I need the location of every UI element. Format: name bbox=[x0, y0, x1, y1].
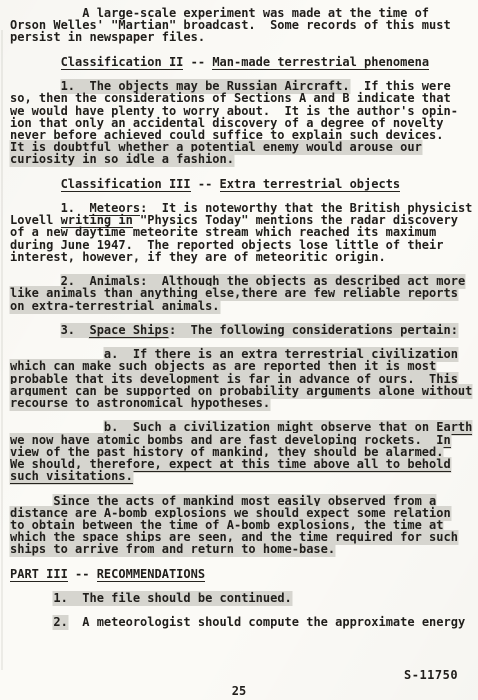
underlined-text: Man-made terrestrial phenomena bbox=[212, 55, 429, 70]
text-segment: interest, however, if they are of meteor… bbox=[10, 250, 386, 264]
text-line: ships to arrive from and return to home-… bbox=[10, 543, 476, 555]
underlined-text: Classification II bbox=[61, 55, 184, 70]
text-line: on extra-terrestrial animals. bbox=[10, 300, 476, 312]
text-line: curiosity in so idle a fashion. bbox=[10, 153, 476, 165]
highlighted-underlined-text: such visitations. bbox=[10, 469, 133, 484]
highlighted-text: 1. The file should be continued. bbox=[53, 591, 291, 605]
highlighted-text: 2. bbox=[53, 615, 67, 629]
underlined-text: Extra terrestrial objects bbox=[220, 177, 401, 192]
text-line: which can make such objects as are repor… bbox=[10, 360, 476, 372]
scanned-document-page: A large-scale experiment was made at the… bbox=[0, 0, 478, 700]
highlighted-text: recourse to astronomical hypotheses. bbox=[10, 396, 270, 410]
highlighted-underlined-text: Space Ships bbox=[89, 323, 168, 338]
text-segment: -- bbox=[183, 55, 212, 69]
text-line: like animals than anything else,there ar… bbox=[10, 287, 476, 299]
text-line: 1. The file should be continued. bbox=[10, 592, 476, 604]
heading-line: Classification II -- Man-made terrestria… bbox=[10, 56, 476, 68]
text-line: Since the acts of mankind most easily ob… bbox=[10, 495, 476, 507]
blank-line bbox=[10, 482, 476, 494]
text-segment: -- bbox=[68, 567, 97, 581]
text-line: 2. A meteorologist should compute the ap… bbox=[10, 616, 476, 628]
highlighted-text: curiosity in so idle a fashion. bbox=[10, 152, 234, 166]
text-line: recourse to astronomical hypotheses. bbox=[10, 397, 476, 409]
text-line: interest, however, if they are of meteor… bbox=[10, 251, 476, 263]
text-line: probable that its development is far in … bbox=[10, 373, 476, 385]
document-number: S-11750 bbox=[404, 668, 458, 682]
text-line: persist in newspaper files. bbox=[10, 31, 476, 43]
text-line: 3. Space Ships: The following considerat… bbox=[10, 324, 476, 336]
underlined-text: PART III bbox=[10, 567, 68, 582]
text-segment bbox=[10, 55, 61, 69]
underlined-text: Classification III bbox=[61, 177, 191, 192]
highlighted-text: on extra-terrestrial animals. bbox=[10, 299, 220, 313]
text-line: b. Such a civilization might observe tha… bbox=[10, 421, 476, 433]
blank-line bbox=[10, 44, 476, 56]
underlined-text: RECOMMENDATIONS bbox=[97, 567, 205, 582]
highlighted-text: ships to arrive from and return to home-… bbox=[10, 542, 335, 556]
page-number: 25 bbox=[0, 684, 478, 698]
heading-line: Classification III -- Extra terrestrial … bbox=[10, 178, 476, 190]
text-segment: persist in newspaper files. bbox=[10, 30, 205, 44]
highlighted-text: 3. bbox=[61, 323, 90, 337]
text-segment bbox=[10, 177, 61, 191]
highlighted-text: : The following considerations pertain: bbox=[169, 323, 458, 337]
document-body: A large-scale experiment was made at the… bbox=[10, 7, 476, 629]
text-segment bbox=[10, 615, 53, 629]
text-segment: A meteorologist should compute the appro… bbox=[68, 615, 465, 629]
text-segment: -- bbox=[191, 177, 220, 191]
text-segment bbox=[10, 323, 61, 337]
text-line: we now have atomic bombs and are fast de… bbox=[10, 434, 476, 446]
heading-line: PART III -- RECOMMENDATIONS bbox=[10, 568, 476, 580]
blank-line bbox=[10, 165, 476, 177]
